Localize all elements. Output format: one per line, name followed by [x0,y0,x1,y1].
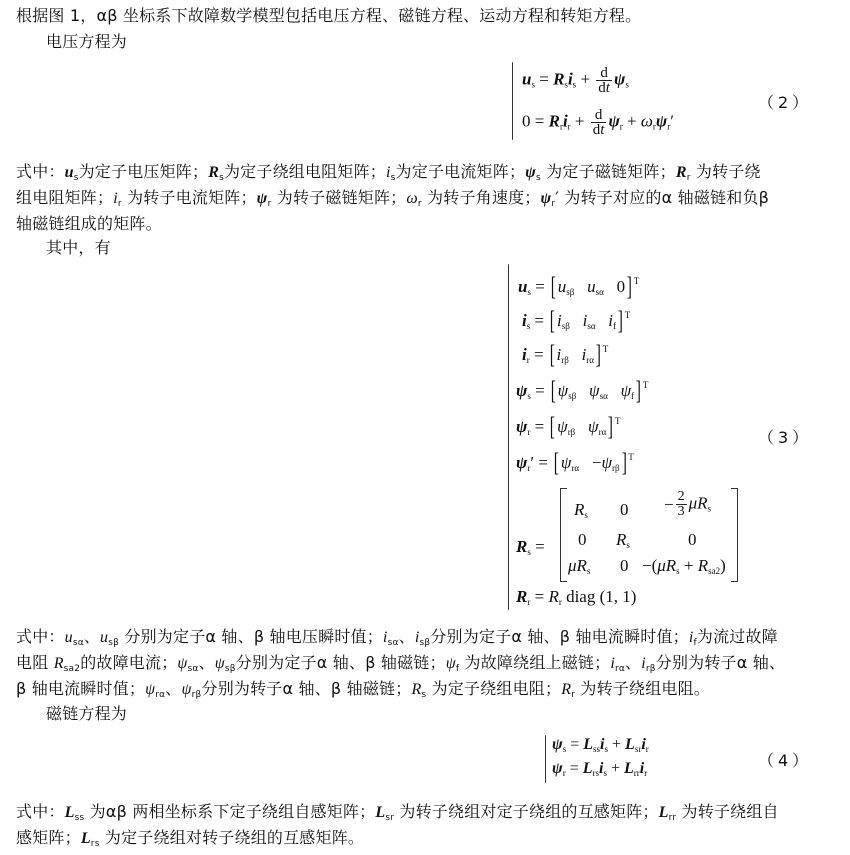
matrix-cell: μRs [568,556,590,576]
matrix-cell: 0 [688,530,697,550]
description-3-line-2: 感矩阵；Lrs 为定子绕组对转子绕组的互感矩阵。 [16,826,364,855]
equation-2: us = Rsis + ddtψs 0 = Rrir + ddtψr + ωrψ… [512,60,762,142]
equation-3-number: （3） [758,425,812,448]
equation-2-number: （2） [758,90,812,113]
equation-3-row-Rs-label: Rs = [516,534,545,560]
equation-2-row-1: us = Rsis + ddtψs [522,66,629,92]
equation-4: ψs = Lssis + Lsrir ψr = Lrsis + Lrrir [545,733,745,785]
matrix-cell: Rs [574,500,588,520]
where-text: 其中，有 [46,236,111,260]
matrix-cell: −23μRs [664,490,711,519]
equation-3-row-psir: ψr = [ψrβ ψrα]T [516,408,620,434]
equation-4-row-1: ψs = Lssis + Lsrir [552,733,649,757]
description-1-line-3: 轴磁链组成的矩阵。 [16,212,162,236]
left-brace [545,735,546,783]
left-brace [508,264,509,610]
equation-4-row-2: ψr = Lrsis + Lrrir [552,757,647,781]
equation-3: us = [usβ usα 0]T is = [isβ isα if]T ir … [508,262,748,612]
flux-equation-heading: 磁链方程为 [46,702,127,726]
matrix-Rs: Rs 0 −23μRs 0 Rs 0 μRs 0 −(μRs + Rsa2) [560,488,738,582]
intro-paragraph: 根据图 1，αβ 坐标系下故障数学模型包括电压方程、磁链方程、运动方程和转矩方程… [16,4,641,28]
matrix-cell: 0 [620,556,629,576]
equation-4-number: （4） [758,748,812,771]
matrix-cell: 0 [578,530,587,550]
equation-2-row-2: 0 = Rrir + ddtψr + ωrψr′ [522,108,674,134]
equation-3-row-psir-prime: ψr′ = [ψrα −ψrβ]T [516,444,634,470]
left-bracket [560,488,567,582]
equation-3-row-ir: ir = [irβ irα]T [522,336,608,362]
matrix-cell: −(μRs + Rsa2) [642,556,726,576]
left-brace [512,62,513,140]
right-bracket [731,488,738,582]
equation-3-row-us: us = [usβ usα 0]T [518,268,639,294]
voltage-equation-heading: 电压方程为 [46,30,127,54]
matrix-cell: 0 [620,500,629,520]
fraction-d-dt: ddt [591,108,607,137]
matrix-cell: Rs [616,530,630,550]
equation-3-row-is: is = [isβ isα if]T [522,302,630,328]
equation-3-row-Rr: Rr = Rr diag (1, 1) [516,584,636,610]
equation-3-row-psis: ψs = [ψsβ ψsα ψf]T [516,372,648,398]
fraction-d-dt: ddt [596,66,612,95]
